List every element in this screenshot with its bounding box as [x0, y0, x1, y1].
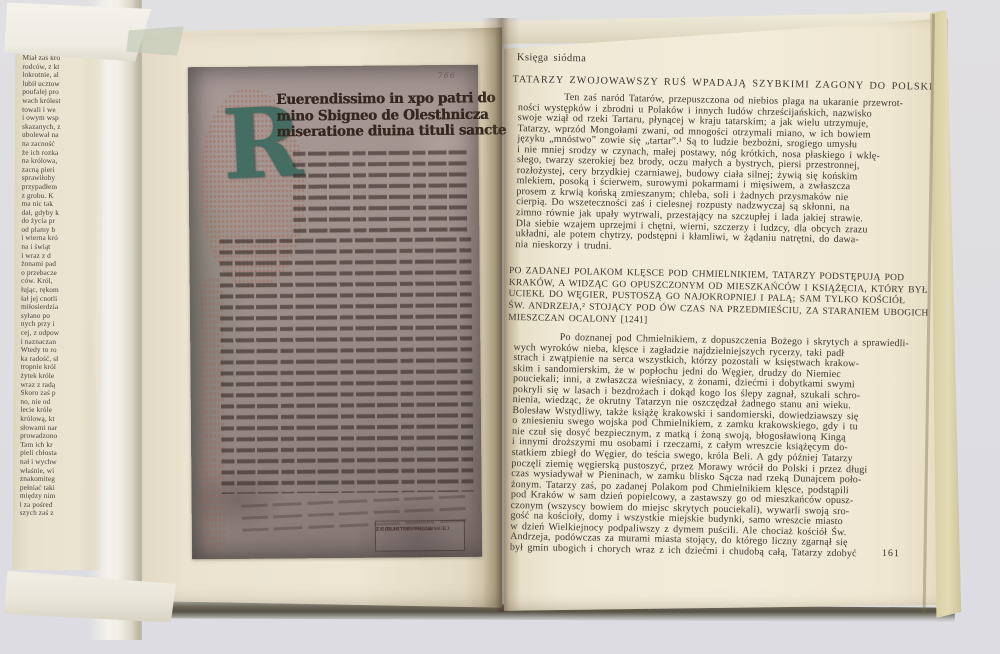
library-stamp: Z BIBLIOTEKI PUŁAWSKIEJ XX CZARTORYSKICH [375, 520, 465, 552]
section1-heading: TATARZY ZWOJOWAWSZY RUŚ WPADAJĄ SZYBKIMI… [512, 74, 938, 94]
section2-paragraph: Po doznanej pod Chmielnikiem, z dopuszcz… [510, 332, 934, 561]
dust-jacket-curl [88, 0, 142, 640]
dust-jacket-green-patch [126, 26, 184, 56]
page-number: 161 [882, 548, 900, 560]
gutter-shadow [482, 18, 520, 612]
library-stamp-line-2: XX CZARTORYSKICH [376, 526, 432, 533]
running-head: Księga siódma [517, 52, 587, 65]
right-page: Księga siódma TATARZY ZWOJOWAWSZY RUŚ WP… [504, 16, 948, 612]
manuscript-script-block-indented [293, 147, 468, 236]
manuscript-heading-line-3: miseratione diuina tituli sancte [276, 123, 472, 141]
section1-paragraph: Ten zaś naród Tatarów, przepuszczona od … [515, 92, 938, 258]
book-photo: Miał zaś kró rodców, z kt lokrotnie, al … [0, 0, 1000, 654]
manuscript-gothic-heading: Euerendissimo in xpo patri do mino Sbign… [276, 91, 472, 141]
manuscript-script-block-full [219, 234, 473, 494]
right-page-content: Księga siódma TATARZY ZWOJOWAWSZY RUŚ WP… [503, 52, 939, 600]
section2-heading: PO ZADANEJ POLAKOM KLĘSCE POD CHMIELNIKI… [508, 266, 935, 332]
manuscript-plate: 766 R Euerendissimo in xpo patri do mino… [188, 65, 482, 560]
manuscript-corner-note: 766 [438, 71, 456, 81]
